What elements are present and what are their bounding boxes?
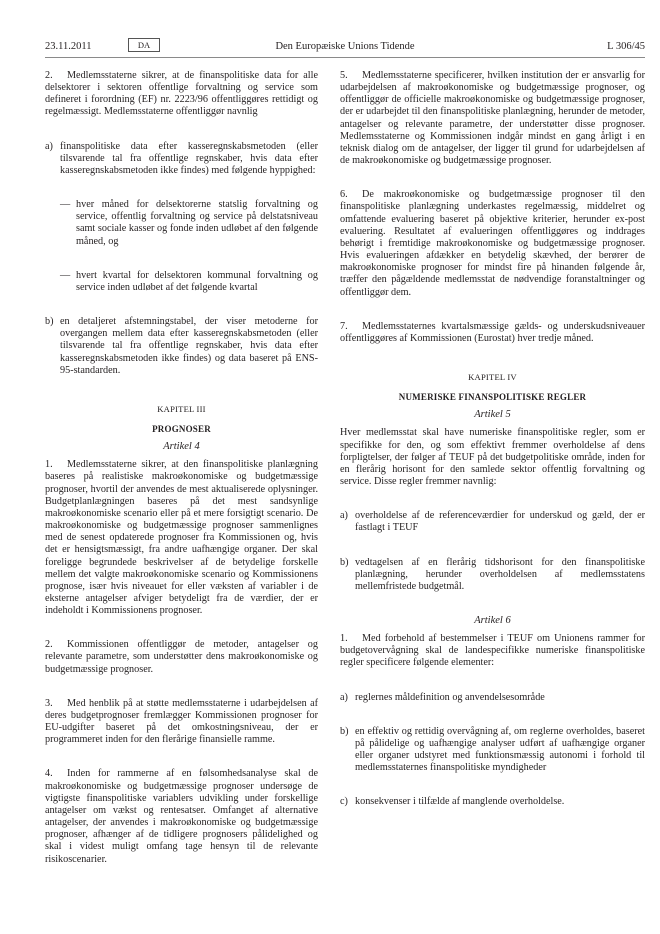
article4-paragraph-3: 3.Med henblik på at støtte medlemsstater… xyxy=(45,698,318,747)
paragraph-text: Medlemsstaterne specificerer, hvilken in… xyxy=(340,70,645,166)
dash-label: — xyxy=(60,270,76,294)
list-text: finanspolitiske data efter kasseregnskab… xyxy=(60,141,318,177)
list-text: en effektiv og rettidig overvågning af, … xyxy=(355,726,645,775)
header-rule xyxy=(45,57,645,58)
right-column: 5.Medlemsstaterne specificerer, hvilken … xyxy=(340,70,645,809)
paragraph-2: 2.Medlemsstaterne sikrer, at de finanspo… xyxy=(45,70,318,119)
paragraph-text: Medlemsstaterne sikrer, at de finanspoli… xyxy=(45,70,318,117)
dash-text: hvert kvartal for delsektoren kommunal f… xyxy=(76,270,318,294)
list-text: vedtagelsen af en flerårig tidshorisont … xyxy=(355,557,645,593)
list-text: en detaljeret afstemningstabel, der vise… xyxy=(60,316,318,377)
paragraph-number: 1. xyxy=(45,459,67,471)
article4-paragraph-6: 6.De makroøkonomiske og budgetmæssige pr… xyxy=(340,189,645,298)
paragraph-text: Kommissionen offentliggør de metoder, an… xyxy=(45,639,318,674)
paragraph-text: Medlemsstaterne sikrer, at den finanspol… xyxy=(45,459,318,616)
article-heading: Artikel 5 xyxy=(340,409,645,421)
paragraph-number: 5. xyxy=(340,70,362,82)
paragraph-number: 3. xyxy=(45,698,67,710)
list-label: b) xyxy=(45,316,60,377)
paragraph-number: 2. xyxy=(45,70,67,82)
article4-paragraph-4: 4.Inden for rammerne af en følsomhedsana… xyxy=(45,768,318,865)
dash-label: — xyxy=(60,199,76,248)
left-column: 2.Medlemsstaterne sikrer, at de finanspo… xyxy=(45,70,318,866)
article4-paragraph-2: 2.Kommissionen offentliggør de metoder, … xyxy=(45,639,318,675)
list-item-b: b) en detaljeret afstemningstabel, der v… xyxy=(45,316,318,377)
chapter-title: PROGNOSER xyxy=(45,423,318,435)
chapter-heading: KAPITEL IV xyxy=(340,371,645,383)
list-item-a: a) finanspolitiske data efter kasseregns… xyxy=(45,141,318,177)
paragraph-number: 1. xyxy=(340,633,362,645)
paragraph-text: De makroøkonomiske og budgetmæssige prog… xyxy=(340,189,645,297)
list-label: b) xyxy=(340,726,355,775)
article5-item-b: b) vedtagelsen af en flerårig tidshoriso… xyxy=(340,557,645,593)
journal-title: Den Europæiske Unions Tidende xyxy=(45,41,645,52)
chapter-heading: KAPITEL III xyxy=(45,403,318,415)
article-heading: Artikel 6 xyxy=(340,615,645,627)
paragraph-number: 2. xyxy=(45,639,67,651)
paragraph-text: Inden for rammerne af en følsomhedsanaly… xyxy=(45,768,318,864)
article6-paragraph-1: 1.Med forbehold af bestemmelser i TEUF o… xyxy=(340,633,645,669)
article6-item-b: b) en effektiv og rettidig overvågning a… xyxy=(340,726,645,775)
paragraph-text: Med henblik på at støtte medlemsstaterne… xyxy=(45,698,318,745)
page-header: 23.11.2011 DA Den Europæiske Unions Tide… xyxy=(45,38,645,56)
article4-paragraph-5: 5.Medlemsstaterne specificerer, hvilken … xyxy=(340,70,645,167)
list-label: a) xyxy=(340,510,355,534)
article-heading: Artikel 4 xyxy=(45,441,318,453)
paragraph-number: 6. xyxy=(340,189,362,201)
list-text: reglernes måldefinition og anvendelsesom… xyxy=(355,692,645,704)
article5-item-a: a) overholdelse af de referenceværdier f… xyxy=(340,510,645,534)
article6-item-c: c) konsekvenser i tilfælde af manglende … xyxy=(340,796,645,808)
dash-item-2: — hvert kvartal for delsektoren kommunal… xyxy=(45,270,318,294)
list-label: c) xyxy=(340,796,355,808)
dash-text: hver måned for delsektorerne statslig fo… xyxy=(76,199,318,248)
page-number: L 306/45 xyxy=(607,41,645,52)
paragraph-number: 4. xyxy=(45,768,67,780)
paragraph-text: Med forbehold af bestemmelser i TEUF om … xyxy=(340,633,645,668)
paragraph-number: 7. xyxy=(340,321,362,333)
article6-item-a: a) reglernes måldefinition og anvendelse… xyxy=(340,692,645,704)
list-label: a) xyxy=(340,692,355,704)
list-text: konsekvenser i tilfælde af manglende ove… xyxy=(355,796,645,808)
paragraph-text: Medlemsstaternes kvartalsmæssige gælds- … xyxy=(340,321,645,344)
list-text: overholdelse af de referenceværdier for … xyxy=(355,510,645,534)
dash-item-1: — hver måned for delsektorerne statslig … xyxy=(45,199,318,248)
chapter-title: NUMERISKE FINANSPOLITISKE REGLER xyxy=(340,391,645,403)
article4-paragraph-7: 7.Medlemsstaternes kvartalsmæssige gælds… xyxy=(340,321,645,345)
list-label: a) xyxy=(45,141,60,177)
list-label: b) xyxy=(340,557,355,593)
article4-paragraph-1: 1.Medlemsstaterne sikrer, at den finansp… xyxy=(45,459,318,617)
article5-intro: Hver medlemsstat skal have numeriske fin… xyxy=(340,427,645,488)
